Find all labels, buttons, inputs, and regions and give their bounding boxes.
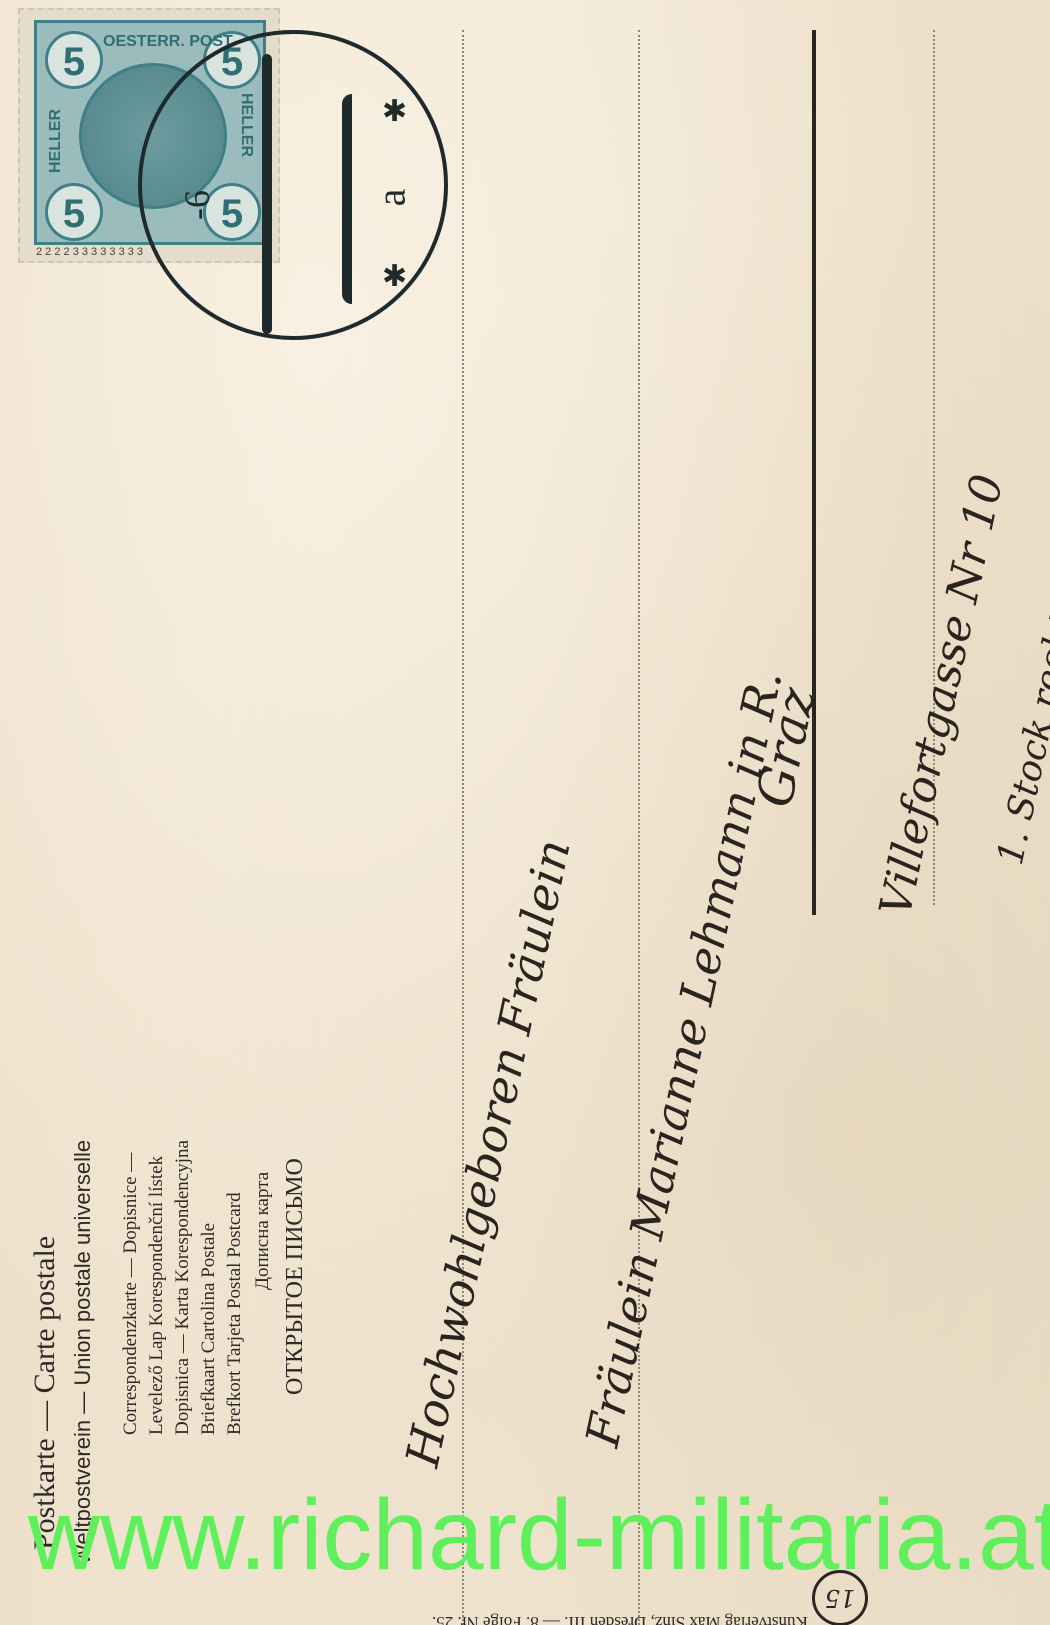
- watermark: www.richard-militaria.at: [28, 1478, 1050, 1593]
- stamp-side-label-left: HELLER: [47, 109, 65, 173]
- postmark-circle: a -6 ✱ ✱: [138, 30, 448, 340]
- postmark-star-bottom: ✱: [382, 259, 407, 294]
- postmark-star-top: ✱: [382, 94, 407, 129]
- language-line-5: Brefkort Tarjeta Postal Postcard: [224, 1192, 246, 1435]
- postmark-bar: [262, 54, 272, 334]
- stamp-value-top-left: 5: [45, 31, 103, 89]
- stamp-top-label: OESTERR. POST.: [103, 33, 235, 51]
- postmark-arc: [342, 94, 352, 304]
- postmark-date: -6: [176, 190, 218, 220]
- language-line-1: Correspondenzkarte — Dopisnice —: [120, 1153, 142, 1435]
- stamp-value-bottom-left: 5: [45, 183, 103, 241]
- postmark-letter: a: [367, 189, 414, 207]
- language-line-4: Briefkaart Cartolina Postale: [198, 1223, 220, 1435]
- divider-line: [812, 30, 816, 915]
- language-line-2: Levelező Lap Korespondenční lístek: [146, 1156, 168, 1435]
- language-line-6: Дописна карта: [252, 1172, 274, 1290]
- publisher-seal: 15: [812, 1570, 868, 1625]
- publisher-imprint: Kunstverlag Max Sinz, Dresden III. — 8. …: [432, 1612, 808, 1625]
- language-line-3: Dopisnica — Karta Korespondencyjna: [172, 1140, 194, 1435]
- stamp-margin-numbers: 2 2 2 2 3 3 3 3 3 3 3 3: [36, 246, 143, 258]
- language-line-7: ОТКРЫТОЕ ПИСЬМО: [282, 1158, 309, 1395]
